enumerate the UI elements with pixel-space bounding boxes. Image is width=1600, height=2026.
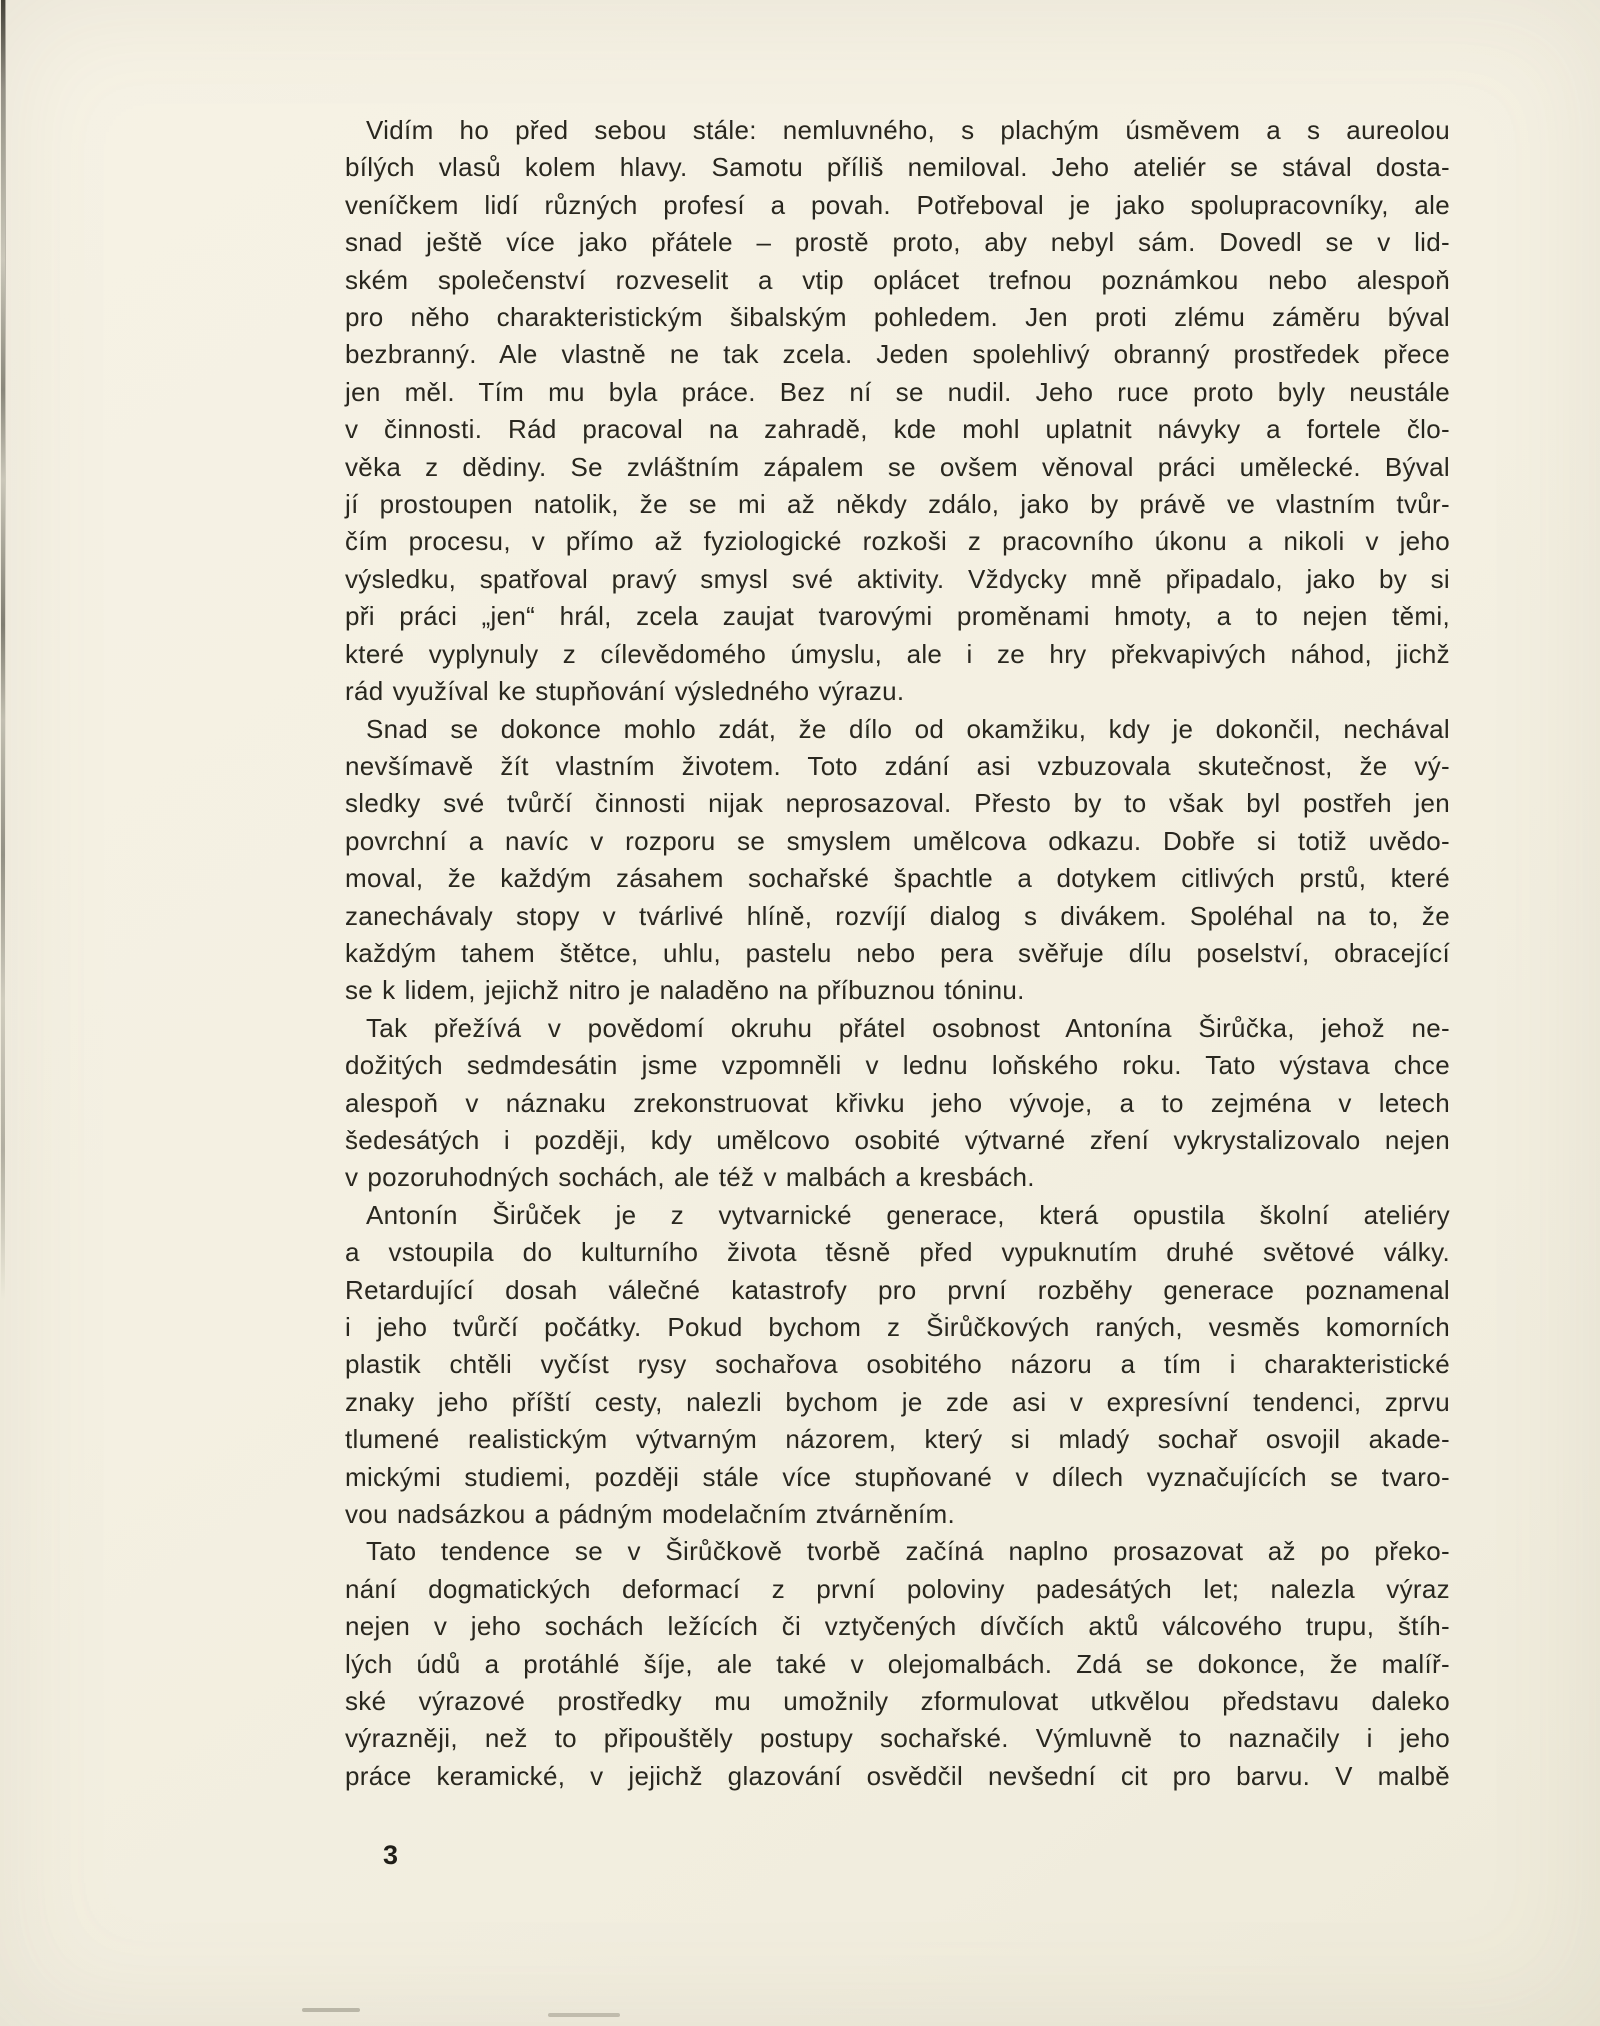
text-line: mickými studiemi, později stále více stu… <box>345 1459 1450 1496</box>
text-line: bezbranný. Ale vlastně ne tak zcela. Jed… <box>345 336 1450 373</box>
text-line: rád využíval ke stupňování výsledného vý… <box>345 673 1450 710</box>
text-line: tlumené realistickým výtvarným názorem, … <box>345 1421 1450 1458</box>
scanned-page: Vidím ho před sebou stále: nemluvného, s… <box>0 0 1600 2026</box>
text-line: znaky jeho příští cesty, nalezli bychom … <box>345 1384 1450 1421</box>
text-line: snad ještě více jako přátele – prostě pr… <box>345 224 1450 261</box>
text-line: při práci „jen“ hrál, zcela zaujat tvaro… <box>345 598 1450 635</box>
text-line: alespoň v náznaku zrekonstruovat křivku … <box>345 1085 1450 1122</box>
text-line: Vidím ho před sebou stále: nemluvného, s… <box>345 112 1450 149</box>
text-line: výrazněji, než to připouštěly postupy so… <box>345 1720 1450 1757</box>
text-line: Tak přežívá v povědomí okruhu přátel oso… <box>345 1010 1450 1047</box>
text-line: věka z dědiny. Se zvláštním zápalem se o… <box>345 449 1450 486</box>
text-line: Antonín Širůček je z vytvarnické generac… <box>345 1197 1450 1234</box>
text-line: vou nadsázkou a pádným modelačním ztvárn… <box>345 1496 1450 1533</box>
text-line: každým tahem štětce, uhlu, pastelu nebo … <box>345 935 1450 972</box>
text-line: se k lidem, jejichž nitro je naladěno na… <box>345 972 1450 1009</box>
text-line: nání dogmatických deformací z první polo… <box>345 1571 1450 1608</box>
text-line: veníčkem lidí různých profesí a povah. P… <box>345 187 1450 224</box>
text-line: sledky své tvůrčí činnosti nijak neprosa… <box>345 785 1450 822</box>
text-line: povrchní a navíc v rozporu se smyslem um… <box>345 823 1450 860</box>
text-line: ské výrazové prostředky mu umožnily zfor… <box>345 1683 1450 1720</box>
text-line: pro něho charakteristickým šibalským poh… <box>345 299 1450 336</box>
text-line: Tato tendence se v Širůčkově tvorbě začí… <box>345 1533 1450 1570</box>
text-line: práce keramické, v jejichž glazování osv… <box>345 1758 1450 1795</box>
text-line: čím procesu, v přímo až fyziologické roz… <box>345 523 1450 560</box>
text-line: a vstoupila do kulturního života těsně p… <box>345 1234 1450 1271</box>
text-line: Retardující dosah válečné katastrofy pro… <box>345 1272 1450 1309</box>
text-block: Vidím ho před sebou stále: nemluvného, s… <box>345 112 1450 1795</box>
text-line: výsledku, spatřoval pravý smysl své akti… <box>345 561 1450 598</box>
text-line: jí prostoupen natolik, že se mi až někdy… <box>345 486 1450 523</box>
text-line: v činnosti. Rád pracoval na zahradě, kde… <box>345 411 1450 448</box>
text-line: moval, že každým zásahem sochařské špach… <box>345 860 1450 897</box>
text-line: bílých vlasů kolem hlavy. Samotu příliš … <box>345 149 1450 186</box>
left-scan-line-artifact <box>5 0 6 900</box>
text-line: Snad se dokonce mohlo zdát, že dílo od o… <box>345 711 1450 748</box>
text-line: lých údů a protáhlé šíje, ale také v ole… <box>345 1646 1450 1683</box>
text-line: zanechávaly stopy v tvárlivé hlíně, rozv… <box>345 898 1450 935</box>
text-line: v pozoruhodných sochách, ale též v malbá… <box>345 1159 1450 1196</box>
text-line: šedesátých i později, kdy umělcovo osobi… <box>345 1122 1450 1159</box>
text-line: ském společenství rozveselit a vtip oplá… <box>345 262 1450 299</box>
text-line: jen měl. Tím mu byla práce. Bez ní se nu… <box>345 374 1450 411</box>
text-line: nejen v jeho sochách ležících či vztyčen… <box>345 1608 1450 1645</box>
text-line: nevšímavě žít vlastním životem. Toto zdá… <box>345 748 1450 785</box>
text-line: i jeho tvůrčí počátky. Pokud bychom z Ši… <box>345 1309 1450 1346</box>
bottom-smudge-artifact <box>548 2013 620 2017</box>
text-line: dožitých sedmdesátin jsme vzpomněli v le… <box>345 1047 1450 1084</box>
bottom-smudge-artifact <box>302 2008 360 2012</box>
text-line: plastik chtěli vyčíst rysy sochařova oso… <box>345 1346 1450 1383</box>
page-number: 3 <box>383 1840 398 1871</box>
text-line: které vyplynuly z cílevědomého úmyslu, a… <box>345 636 1450 673</box>
